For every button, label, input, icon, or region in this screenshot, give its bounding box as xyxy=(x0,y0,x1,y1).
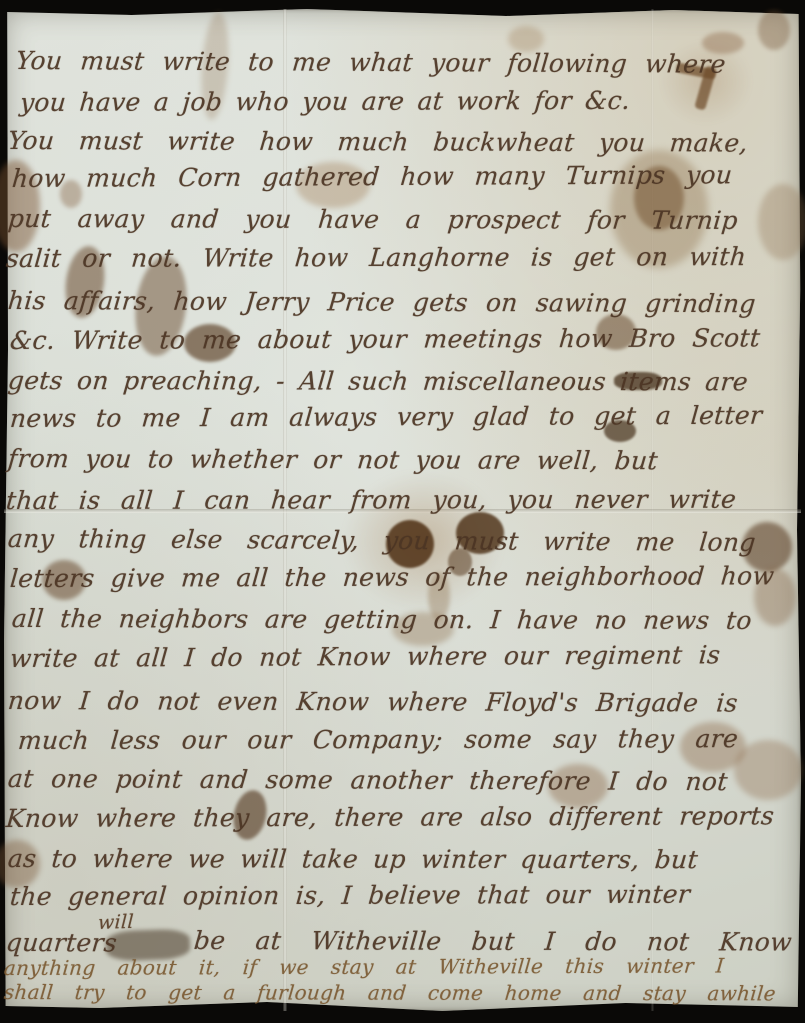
letter-line: letters give me all the news of the neig… xyxy=(9,561,776,594)
letter-line: from you to whether or not you are well,… xyxy=(7,444,660,476)
letter-line: You must write to me what your following… xyxy=(15,46,727,80)
letter-line: any thing else scarcely, you must write … xyxy=(7,524,757,558)
letter-line: his affairs, how Jerry Price gets on saw… xyxy=(7,286,757,319)
letter-line: salit or not. Write how Langhorne is get… xyxy=(5,242,748,274)
letter-line: anything about it, if we stay at Withevi… xyxy=(3,953,725,980)
letter-line: news to me I am always very glad to get … xyxy=(9,401,764,434)
letter-line: as to where we will take up winter quart… xyxy=(7,844,700,875)
letter-line: that is all I can hear from you, you nev… xyxy=(5,485,738,516)
letter-line: you have a job who you are at work for &… xyxy=(19,86,632,118)
letter-line: much less our our Company; some say they… xyxy=(17,724,740,756)
letter-line: all the neighbors are getting on. I have… xyxy=(11,604,754,636)
letter-line: how much Corn gathered how many Turnips … xyxy=(11,160,734,194)
letter-line: write at all I do not Know where our reg… xyxy=(9,640,722,674)
letter-line: gets on preaching, - All such miscellane… xyxy=(7,366,750,397)
letter-line: &c. Write to me about your meetings how … xyxy=(9,323,762,356)
letter-scan: You must write to me what your following… xyxy=(0,0,805,1023)
letter-line: You must write how much buckwheat you ma… xyxy=(7,126,749,159)
letter-line: now I do not even Know where Floyd's Bri… xyxy=(7,686,740,719)
letter-line: at one point and some another therefore … xyxy=(7,764,729,797)
inserted-word-will: will xyxy=(97,907,134,938)
letter-line: put away and you have a prospect for Tur… xyxy=(7,204,740,236)
letter-line: shall try to get a furlough and come hom… xyxy=(3,980,777,1005)
letter-line: Know where they are, there are also diff… xyxy=(5,801,776,834)
